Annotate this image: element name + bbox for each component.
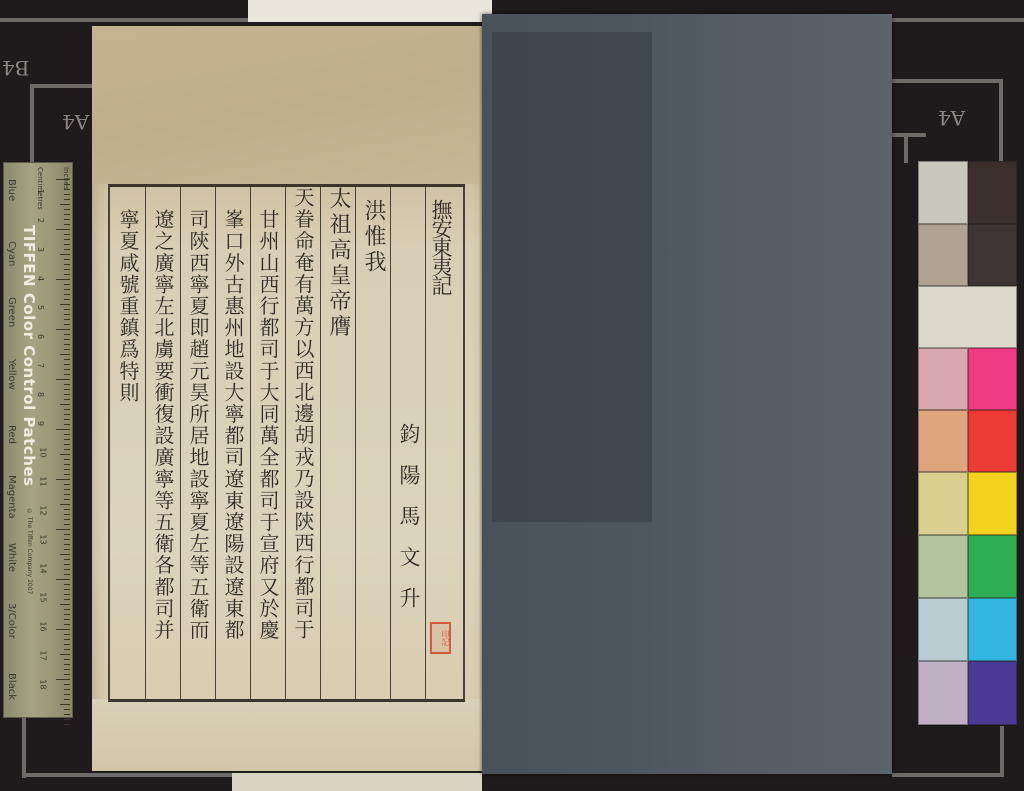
ruler-color-white: White bbox=[6, 543, 17, 572]
ruler-tick bbox=[64, 369, 70, 370]
ruler-tick bbox=[64, 289, 70, 290]
text-column-9: 遼之廣寧左北虜要衝復設廣寧等五衛各都司并 bbox=[148, 209, 178, 641]
ruler-color-cyan: Cyan bbox=[6, 241, 17, 266]
ruler-tick bbox=[64, 539, 70, 540]
column-rule bbox=[355, 187, 356, 699]
ruler-tick bbox=[64, 359, 70, 360]
ruler-tick bbox=[64, 264, 70, 265]
ruler-tick bbox=[64, 319, 70, 320]
ruler-tick bbox=[64, 414, 70, 415]
ruler-tick bbox=[64, 419, 70, 420]
ruler-tick bbox=[64, 594, 70, 595]
ruler-tick bbox=[64, 514, 70, 515]
ruler-tick bbox=[56, 679, 70, 680]
column-rule bbox=[320, 187, 321, 699]
ruler-cm-number: 9 bbox=[36, 421, 45, 426]
ruler-cm-number: 4 bbox=[36, 276, 45, 281]
ruler-tick bbox=[56, 529, 70, 530]
ruler-cm-number: 5 bbox=[36, 305, 45, 310]
ruler-tick bbox=[64, 519, 70, 520]
patch-yellow bbox=[968, 472, 1017, 535]
ruler-tick bbox=[64, 424, 70, 425]
ruler-cm-number: 6 bbox=[36, 334, 45, 339]
ruler-tick bbox=[64, 394, 70, 395]
ruler-tick bbox=[64, 334, 70, 335]
ruler-tick bbox=[60, 654, 70, 655]
ruler-tick bbox=[64, 614, 70, 615]
ruler-tick bbox=[56, 479, 70, 480]
ruler-tick bbox=[64, 564, 70, 565]
ruler-tick bbox=[64, 669, 70, 670]
column-rule bbox=[425, 187, 426, 699]
ruler-tick bbox=[64, 314, 70, 315]
ruler-cm-number: 13 bbox=[39, 534, 48, 544]
patch-pale-violet bbox=[918, 661, 968, 725]
ruler-tick bbox=[60, 454, 70, 455]
tiffen-ruler: Centimetres Inches TIFFEN Color Control … bbox=[3, 162, 73, 718]
column-rule bbox=[390, 187, 391, 699]
mat-line-left-inner-vert bbox=[30, 84, 34, 164]
ruler-tick bbox=[64, 184, 70, 185]
ruler-tick bbox=[64, 324, 70, 325]
patch-pale-green bbox=[918, 535, 968, 598]
ruler-brand: TIFFEN Color Control Patches bbox=[20, 225, 38, 487]
ruler-tick bbox=[64, 684, 70, 685]
column-rule-outer bbox=[463, 187, 465, 699]
mat-label-a4-right: A4 bbox=[938, 106, 965, 130]
text-column-6: 甘州山西行都司于大同萬全都司于宣府又於慶 bbox=[253, 209, 283, 641]
ruler-tick bbox=[64, 384, 70, 385]
mat-label-a4-left: A4 bbox=[62, 110, 89, 134]
ruler-tick bbox=[64, 484, 70, 485]
ruler-color-red: Red bbox=[6, 425, 17, 444]
mat-line-right-bottom bbox=[892, 773, 1004, 777]
ruler-color-magenta: Magenta bbox=[6, 475, 17, 519]
ruler-tick bbox=[56, 579, 70, 580]
ruler-color-blue: Blue bbox=[6, 179, 17, 201]
ruler-tick bbox=[64, 389, 70, 390]
ruler-tick bbox=[60, 554, 70, 555]
book-page: 撫安東夷記 鈞陽馬文升 洪惟我 太祖高皇帝膺 天眷命奄有萬方以西北邊胡戎乃設陝西… bbox=[92, 26, 492, 771]
ruler-cm-number: 16 bbox=[39, 621, 48, 631]
text-column-4: 太祖高皇帝膺 bbox=[323, 187, 353, 340]
ruler-cm-number: 7 bbox=[36, 363, 45, 368]
mat-line-left-lower-vert bbox=[22, 718, 26, 778]
ruler-tick bbox=[60, 704, 70, 705]
ruler-tick bbox=[64, 549, 70, 550]
patch-pale-pink bbox=[918, 348, 968, 410]
ruler-color-black: Black bbox=[6, 673, 17, 700]
ruler-color-yellow: Yellow bbox=[6, 359, 17, 390]
ruler-tick bbox=[64, 524, 70, 525]
ruler-cm-number: 8 bbox=[36, 392, 45, 397]
ruler-cm-number: 14 bbox=[39, 563, 48, 573]
ruler-tick bbox=[56, 629, 70, 630]
ruler-tick bbox=[64, 559, 70, 560]
ruler-tick bbox=[64, 434, 70, 435]
patch-pale-cyan bbox=[918, 598, 968, 661]
ruler-tick bbox=[64, 569, 70, 570]
gray-cover-sheet bbox=[482, 14, 892, 774]
ruler-tick bbox=[64, 509, 70, 510]
ruler-tick bbox=[64, 224, 70, 225]
ruler-tick bbox=[64, 249, 70, 250]
ruler-tick bbox=[64, 409, 70, 410]
ruler-tick bbox=[64, 219, 70, 220]
patch-white bbox=[918, 286, 1017, 348]
ruler-tick bbox=[60, 254, 70, 255]
ruler-cm-number: 17 bbox=[39, 650, 48, 660]
ruler-tick bbox=[64, 214, 70, 215]
ruler-tick bbox=[64, 464, 70, 465]
ruler-cm-number: 12 bbox=[39, 505, 48, 515]
ruler-tick bbox=[64, 599, 70, 600]
ruler-tick bbox=[64, 589, 70, 590]
top-paper-tab bbox=[248, 0, 492, 22]
ruler-tick bbox=[64, 689, 70, 690]
ruler-tick bbox=[64, 494, 70, 495]
title-column: 撫安東夷記 bbox=[428, 199, 454, 294]
book-cover-top-flap bbox=[92, 26, 484, 184]
column-rule bbox=[285, 187, 286, 699]
mat-label-b4: B4 bbox=[2, 56, 29, 80]
ruler-tick bbox=[56, 379, 70, 380]
ruler-cm-number: 15 bbox=[39, 592, 48, 602]
ruler-cm-number: 2 bbox=[36, 218, 45, 223]
ruler-tick bbox=[64, 309, 70, 310]
patch-cyan bbox=[968, 598, 1017, 661]
ruler-color-green: Green bbox=[6, 297, 17, 327]
book-cover-bottom-flap bbox=[92, 699, 492, 771]
ruler-tick bbox=[64, 274, 70, 275]
ruler-tick bbox=[64, 199, 70, 200]
bottom-paper-tab bbox=[232, 773, 482, 791]
mat-line-right-bottom-vert bbox=[1000, 726, 1004, 776]
ruler-tick bbox=[64, 259, 70, 260]
ruler-cm-number: 11 bbox=[39, 476, 48, 486]
ruler-tick bbox=[64, 294, 70, 295]
patch-pale-orange bbox=[918, 410, 968, 472]
ruler-tick bbox=[64, 699, 70, 700]
patch-magenta bbox=[968, 348, 1017, 410]
ruler-tick bbox=[64, 344, 70, 345]
text-column-5: 天眷命奄有萬方以西北邊胡戎乃設陝西行都司于 bbox=[288, 187, 318, 641]
ruler-tick bbox=[60, 504, 70, 505]
ruler-tick bbox=[64, 299, 70, 300]
patch-green bbox=[968, 535, 1017, 598]
ruler-tick bbox=[64, 239, 70, 240]
ruler-tick bbox=[64, 724, 70, 725]
ruler-tick bbox=[56, 229, 70, 230]
ruler-tick bbox=[64, 649, 70, 650]
ruler-tick bbox=[60, 204, 70, 205]
text-column-3: 洪惟我 bbox=[358, 199, 388, 276]
mat-line-bottom bbox=[22, 773, 232, 777]
column-rule bbox=[145, 187, 146, 699]
ruler-tick bbox=[64, 499, 70, 500]
patch-dark-brown bbox=[968, 161, 1017, 224]
ruler-tick bbox=[64, 459, 70, 460]
ruler-tick bbox=[64, 674, 70, 675]
ruler-tick bbox=[64, 474, 70, 475]
ruler-tick bbox=[60, 404, 70, 405]
red-seal-stamp: 印記 bbox=[430, 622, 451, 654]
cover-sheet-shade bbox=[492, 32, 652, 522]
ruler-tick bbox=[56, 279, 70, 280]
column-rule bbox=[180, 187, 181, 699]
column-rule bbox=[215, 187, 216, 699]
patch-violet bbox=[968, 661, 1017, 725]
ruler-tick bbox=[64, 269, 70, 270]
ruler-tick bbox=[64, 634, 70, 635]
ruler-tick bbox=[64, 209, 70, 210]
patch-warm-gray bbox=[918, 224, 968, 286]
ruler-tick bbox=[64, 609, 70, 610]
ruler-tick bbox=[64, 364, 70, 365]
ruler-tick bbox=[60, 304, 70, 305]
ruler-tick bbox=[60, 604, 70, 605]
text-column-10: 寧夏咸號重鎮爲特則 bbox=[113, 209, 143, 403]
ruler-tick bbox=[64, 349, 70, 350]
ruler-tick bbox=[64, 639, 70, 640]
patch-red bbox=[968, 410, 1017, 472]
ruler-color-3color: 3/Color bbox=[6, 603, 17, 639]
ruler-tick bbox=[64, 449, 70, 450]
ruler-tick bbox=[64, 374, 70, 375]
ruler-tick bbox=[64, 694, 70, 695]
ruler-tick bbox=[64, 664, 70, 665]
ruler-tick bbox=[64, 469, 70, 470]
ruler-tick bbox=[64, 709, 70, 710]
color-checker-card bbox=[918, 161, 1017, 726]
text-column-7: 峯口外古惠州地設大寧都司遼東遼陽設遼東都 bbox=[218, 209, 248, 641]
ruler-tick bbox=[64, 534, 70, 535]
ruler-cm-number: 3 bbox=[36, 247, 45, 252]
ruler-cm-number: 1 bbox=[36, 189, 45, 194]
ruler-tick bbox=[64, 714, 70, 715]
author-column: 鈞陽馬文升 bbox=[394, 423, 424, 628]
ruler-tick bbox=[56, 429, 70, 430]
text-column-8: 司陝西寧夏即趙元昊所居地設寧夏左等五衛而 bbox=[183, 209, 213, 641]
ruler-tick bbox=[64, 574, 70, 575]
ruler-tick bbox=[56, 329, 70, 330]
ruler-tick bbox=[64, 659, 70, 660]
ruler-tick bbox=[64, 399, 70, 400]
ruler-cm-number: 18 bbox=[39, 679, 48, 689]
ruler-tick bbox=[64, 189, 70, 190]
mat-line-right-outer-vert bbox=[999, 79, 1003, 163]
ruler-tick bbox=[64, 244, 70, 245]
patch-pale-yellow bbox=[918, 472, 968, 535]
patch-light-gray bbox=[918, 161, 968, 224]
ruler-tick bbox=[64, 439, 70, 440]
text-frame: 撫安東夷記 鈞陽馬文升 洪惟我 太祖高皇帝膺 天眷命奄有萬方以西北邊胡戎乃設陝西… bbox=[108, 184, 465, 702]
ruler-tick bbox=[64, 619, 70, 620]
ruler-tick bbox=[64, 584, 70, 585]
patch-dark-gray-brown bbox=[968, 224, 1017, 286]
ruler-tick bbox=[64, 194, 70, 195]
ruler-tick bbox=[64, 284, 70, 285]
ruler-tick bbox=[64, 719, 70, 720]
ruler-tick bbox=[64, 234, 70, 235]
ruler-tick bbox=[64, 544, 70, 545]
ruler-tick bbox=[64, 489, 70, 490]
ruler-tick bbox=[64, 644, 70, 645]
ruler-copyright: © The Tiffen Company 2007 bbox=[26, 508, 33, 594]
mat-line-right-inner-vert bbox=[904, 133, 908, 163]
ruler-tick bbox=[64, 339, 70, 340]
ruler-tick bbox=[64, 444, 70, 445]
ruler-tick bbox=[56, 179, 70, 180]
column-rule bbox=[250, 187, 251, 699]
ruler-cm-number: 10 bbox=[39, 447, 48, 457]
mat-line-left-inner-top bbox=[30, 84, 92, 88]
ruler-tick bbox=[60, 354, 70, 355]
ruler-tick bbox=[64, 624, 70, 625]
